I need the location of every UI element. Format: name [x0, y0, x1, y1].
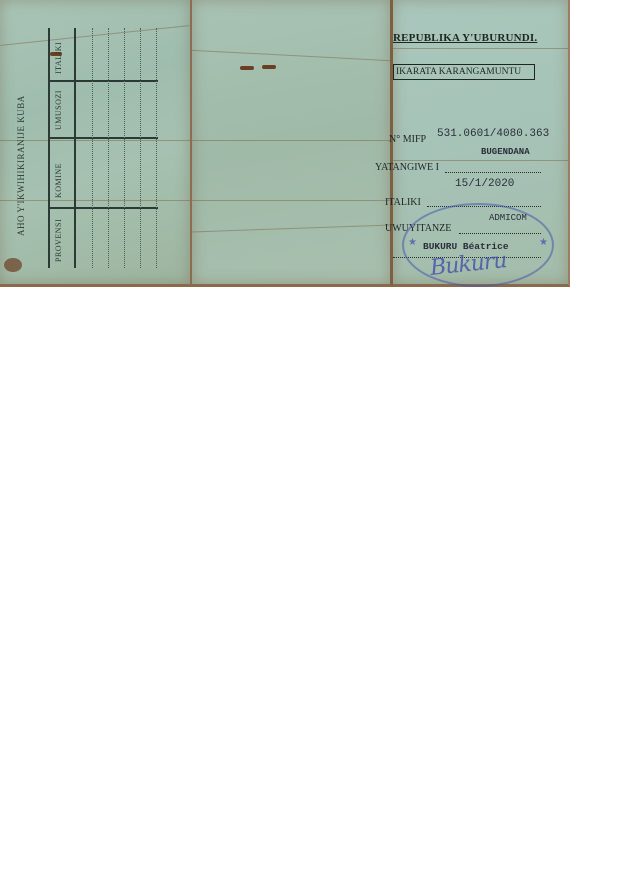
column-provensi: PROVENSI: [54, 219, 63, 262]
star-icon: ★: [539, 237, 548, 248]
identity-card: AHO Y'IKWIHIKIRANIJE KUBA PROVENSI KOMIN…: [0, 0, 570, 287]
staple-mark: [262, 65, 276, 69]
middle-panel: [192, 0, 393, 287]
republic-header: REPUBLIKA Y'UBURUNDI.: [393, 32, 537, 44]
column-umusozi: UMUSOZI: [54, 90, 63, 130]
divider-komine: [48, 207, 158, 209]
left-panel: AHO Y'IKWIHIKIRANIJE KUBA PROVENSI KOMIN…: [0, 0, 192, 287]
table-border-left: [48, 28, 50, 268]
card-title: IKARATA KARANGAMUNTU: [393, 64, 535, 80]
star-icon: ★: [408, 237, 417, 248]
mifp-number: 531.0601/4080.363: [437, 128, 549, 140]
column-italiki: ITALIKI: [54, 42, 63, 74]
issue-date: 15/1/2020: [455, 178, 514, 190]
date-label: ITALIKI: [385, 197, 421, 208]
column-komine: KOMINE: [54, 163, 63, 198]
table-border-inner: [74, 28, 76, 268]
issued-at-label: YATANGIWE I: [375, 162, 439, 173]
place-value: BUGENDANA: [481, 147, 530, 157]
divider-italiki: [48, 80, 158, 82]
residence-title: AHO Y'IKWIHIKIRANIJE KUBA: [16, 26, 26, 236]
divider-umusozi: [48, 137, 158, 139]
mifp-label: N° MIFP: [389, 134, 426, 145]
staple-mark: [240, 66, 254, 70]
